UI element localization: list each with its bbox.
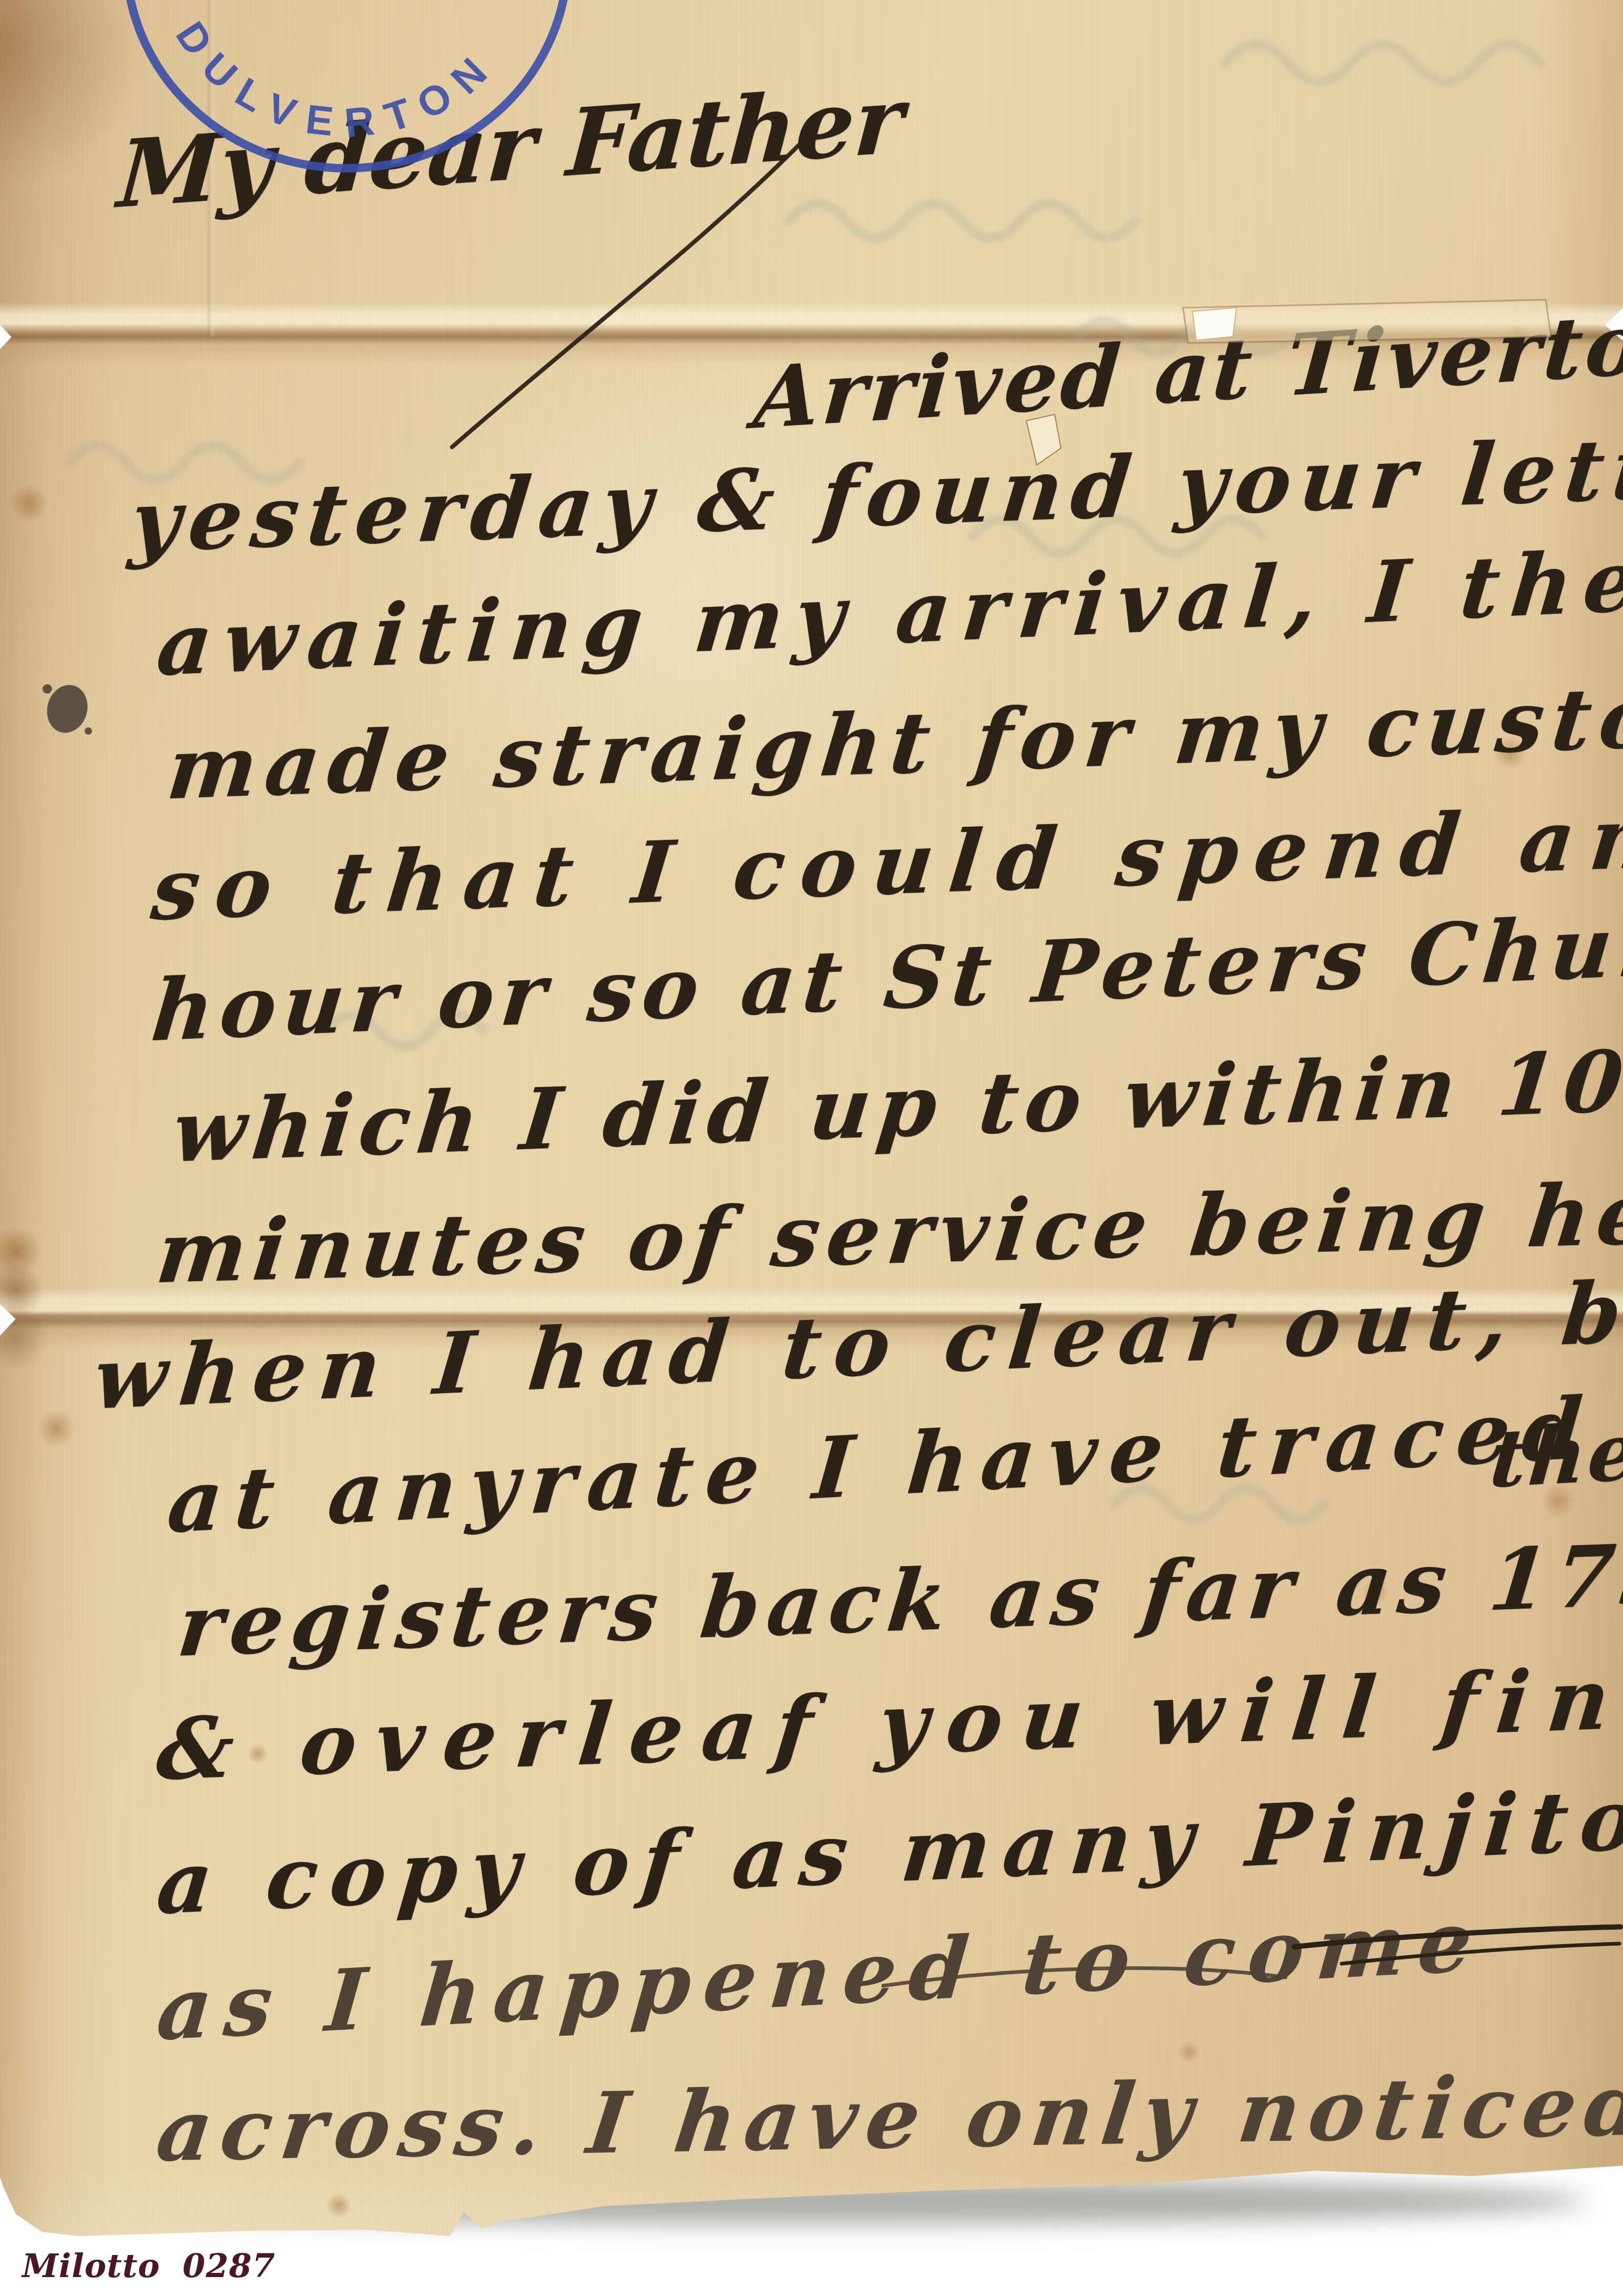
foxing-spot — [1178, 2040, 1201, 2064]
foxing-spot — [9, 484, 48, 523]
foxing-spot — [0, 1225, 42, 1278]
scanned-letter-page: { "stamp": { "text": "DULVERTON", "color… — [0, 0, 1623, 2296]
raised-word-the: the — [1487, 1412, 1623, 1499]
archive-caption: Milotto 0287 — [22, 2247, 275, 2285]
foxing-spot — [326, 2193, 351, 2218]
handwritten-line: across. I have only noticed — [152, 2063, 1623, 2173]
foxing-spot — [37, 1409, 76, 1448]
